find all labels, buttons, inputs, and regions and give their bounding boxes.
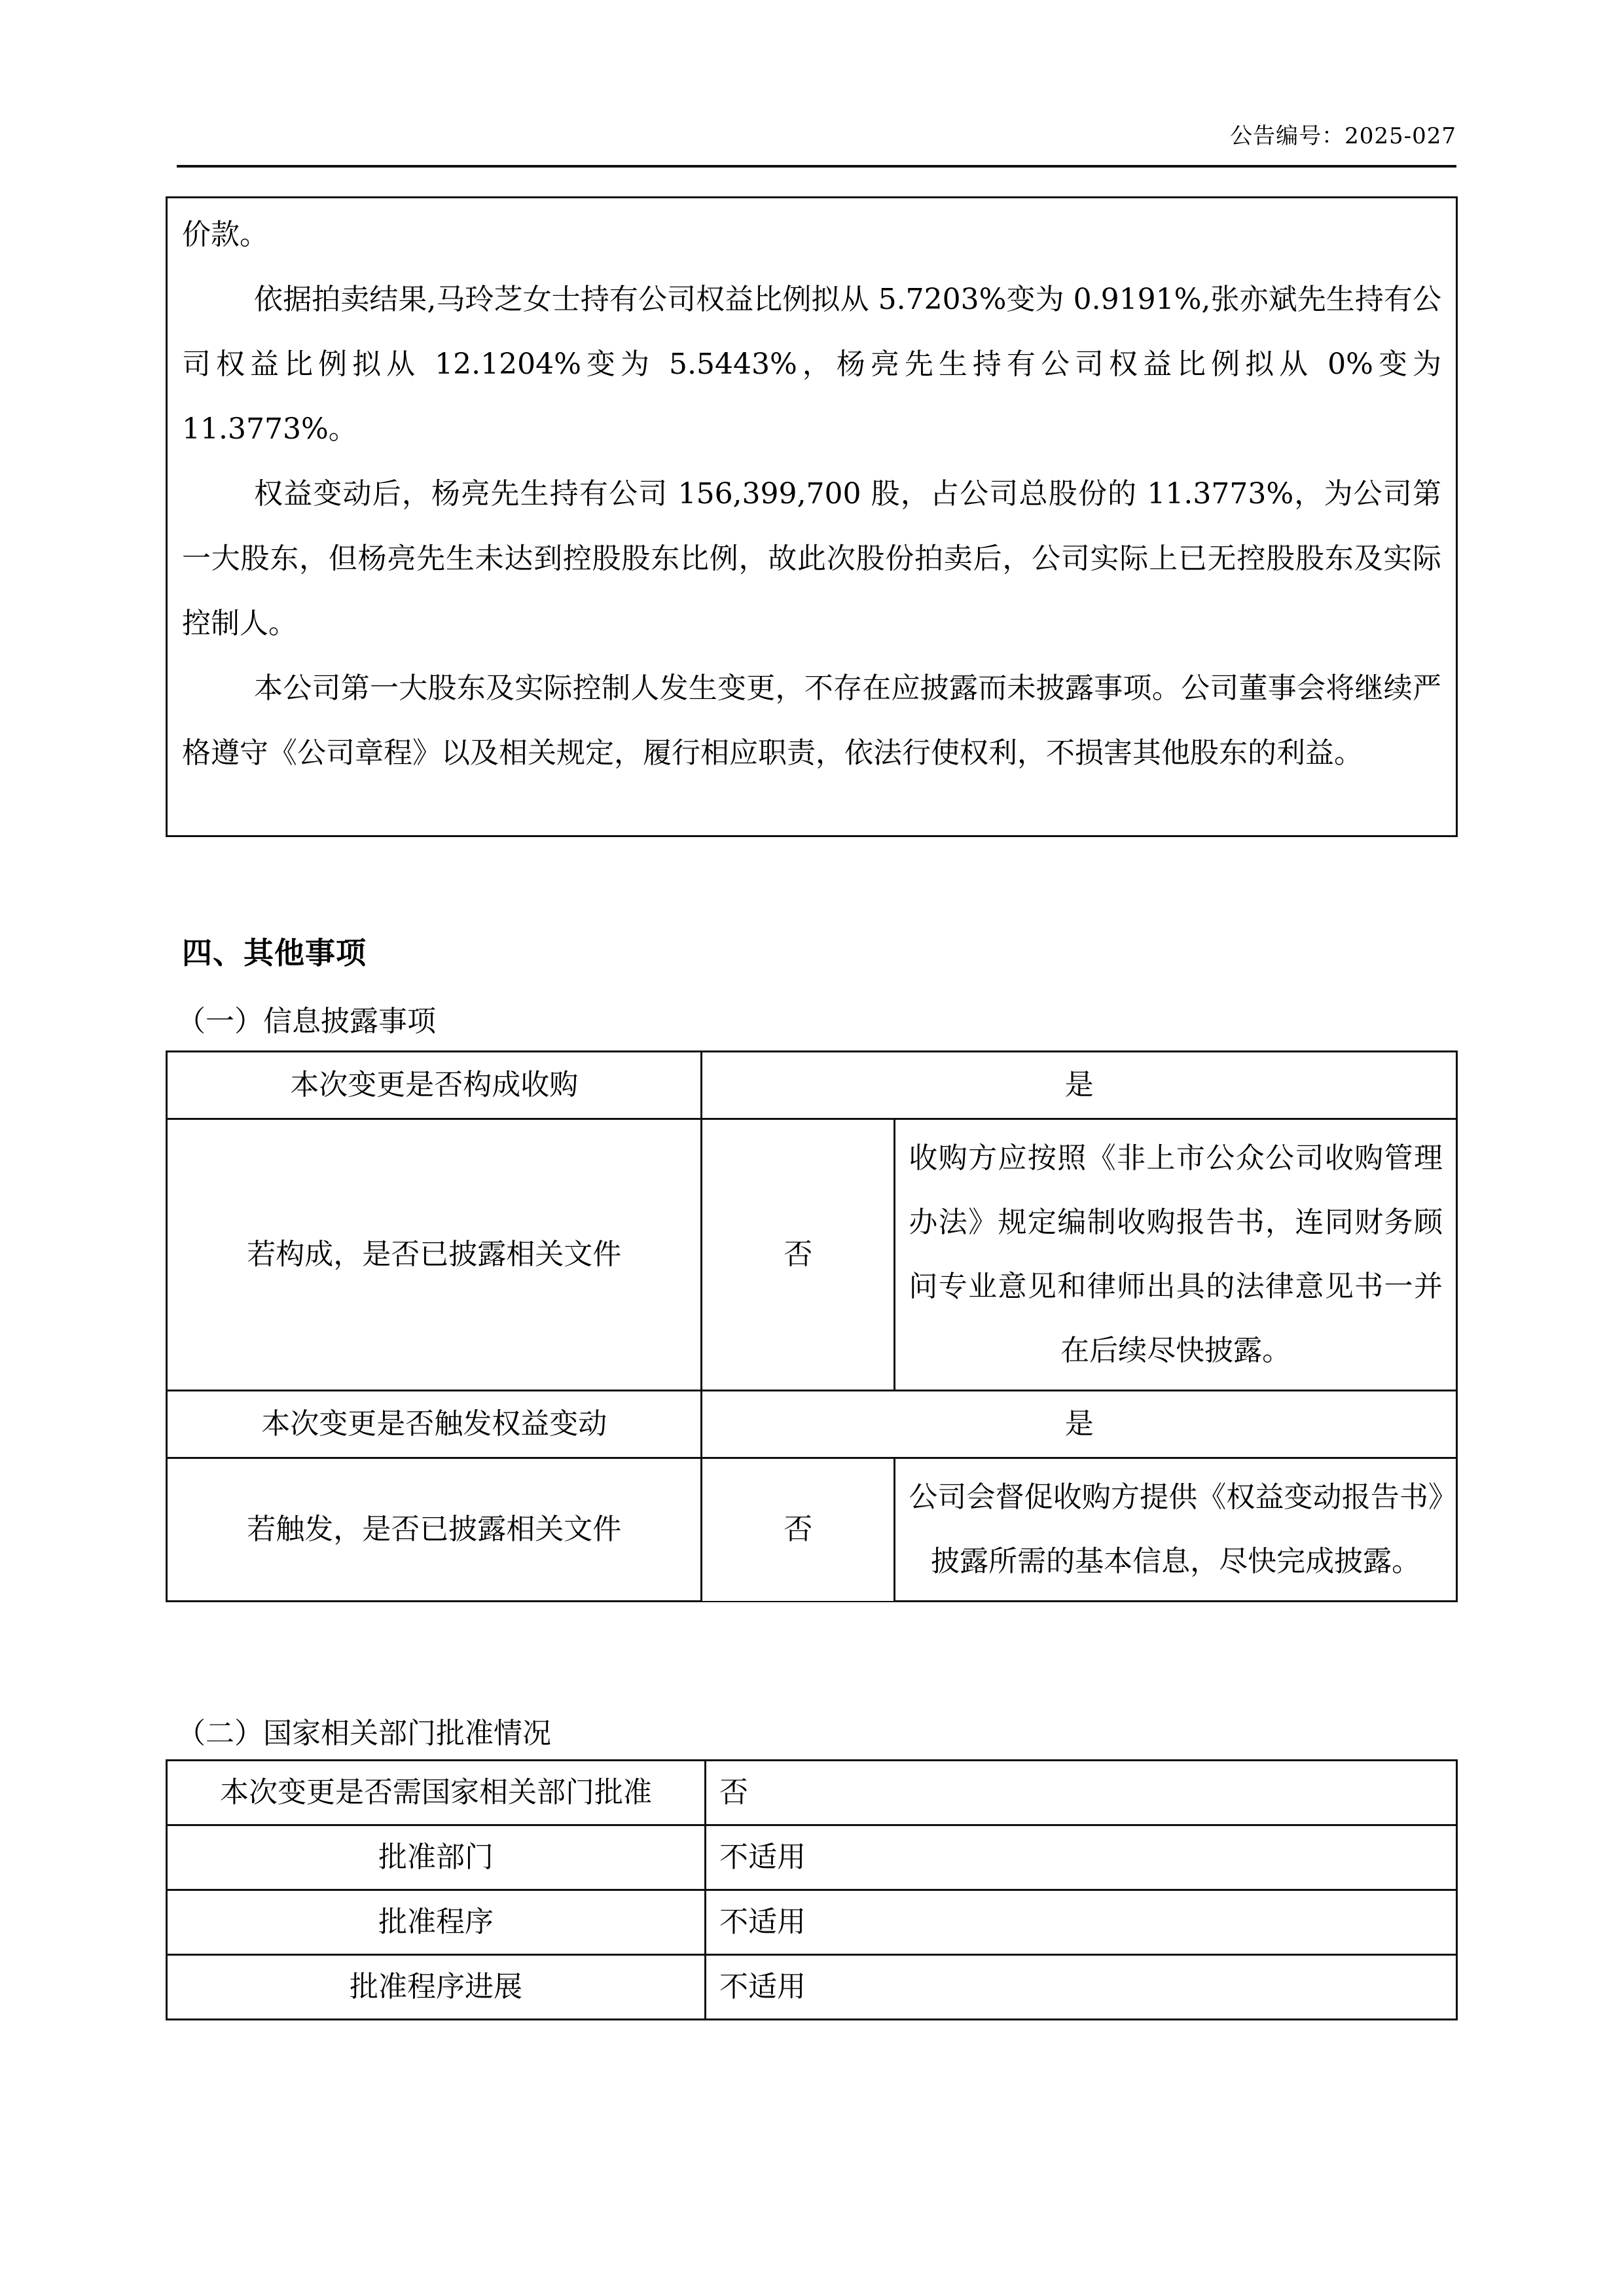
header-divider	[177, 165, 1456, 168]
row-label: 批准部门	[167, 1825, 706, 1890]
subsection-title-disclosure: （一）信息披露事项	[177, 997, 436, 1039]
row-label: 本次变更是否触发权益变动	[167, 1391, 702, 1458]
table-row: 本次变更是否构成收购 是	[167, 1052, 1457, 1119]
row-label: 批准程序进展	[167, 1955, 706, 2020]
announcement-number: 公告编号：2025-027	[1230, 118, 1456, 150]
paragraph-auction-result: 依据拍卖结果,马玲芝女士持有公司权益比例拟从 5.7203%变为 0.9191%…	[168, 267, 1456, 461]
table-row: 批准程序进展 不适用	[167, 1955, 1457, 2020]
paragraph-board-statement: 本公司第一大股东及实际控制人发生变更，不存在应披露而未披露事项。公司董事会将继续…	[168, 656, 1456, 785]
table-row: 若触发，是否已披露相关文件 否 公司会督促收购方提供《权益变动报告书》披露所需的…	[167, 1458, 1457, 1602]
row-label: 若构成，是否已披露相关文件	[167, 1119, 702, 1391]
row-label: 本次变更是否需国家相关部门批准	[167, 1761, 706, 1825]
bordered-text-box: 价款。 依据拍卖结果,马玲芝女士持有公司权益比例拟从 5.7203%变为 0.9…	[166, 196, 1458, 837]
table-row: 本次变更是否触发权益变动 是	[167, 1391, 1457, 1458]
paragraph-continuation: 价款。	[168, 202, 1456, 267]
disclosure-table: 本次变更是否构成收购 是 若构成，是否已披露相关文件 否 收购方应按照《非上市公…	[166, 1050, 1458, 1602]
row-value: 是	[702, 1052, 1457, 1119]
row-value: 不适用	[706, 1825, 1457, 1890]
table-row: 批准部门 不适用	[167, 1825, 1457, 1890]
row-value: 是	[702, 1391, 1457, 1458]
row-note: 收购方应按照《非上市公众公司收购管理办法》规定编制收购报告书，连同财务顾问专业意…	[895, 1119, 1457, 1391]
section-title-other-matters: 四、其他事项	[182, 929, 367, 973]
row-label: 若触发，是否已披露相关文件	[167, 1458, 702, 1602]
paragraph-after-change: 权益变动后，杨亮先生持有公司 156,399,700 股，占公司总股份的 11.…	[168, 461, 1456, 656]
row-value: 不适用	[706, 1955, 1457, 2020]
table-row: 本次变更是否需国家相关部门批准 否	[167, 1761, 1457, 1825]
row-value: 否	[702, 1458, 895, 1602]
approval-table: 本次变更是否需国家相关部门批准 否 批准部门 不适用 批准程序 不适用 批准程序…	[166, 1759, 1458, 2020]
row-value: 不适用	[706, 1890, 1457, 1955]
table-row: 若构成，是否已披露相关文件 否 收购方应按照《非上市公众公司收购管理办法》规定编…	[167, 1119, 1457, 1391]
subsection-title-approval: （二）国家相关部门批准情况	[177, 1710, 551, 1751]
row-note: 公司会督促收购方提供《权益变动报告书》披露所需的基本信息，尽快完成披露。	[895, 1458, 1457, 1602]
row-value: 否	[706, 1761, 1457, 1825]
table-row: 批准程序 不适用	[167, 1890, 1457, 1955]
row-value: 否	[702, 1119, 895, 1391]
row-label: 批准程序	[167, 1890, 706, 1955]
row-label: 本次变更是否构成收购	[167, 1052, 702, 1119]
